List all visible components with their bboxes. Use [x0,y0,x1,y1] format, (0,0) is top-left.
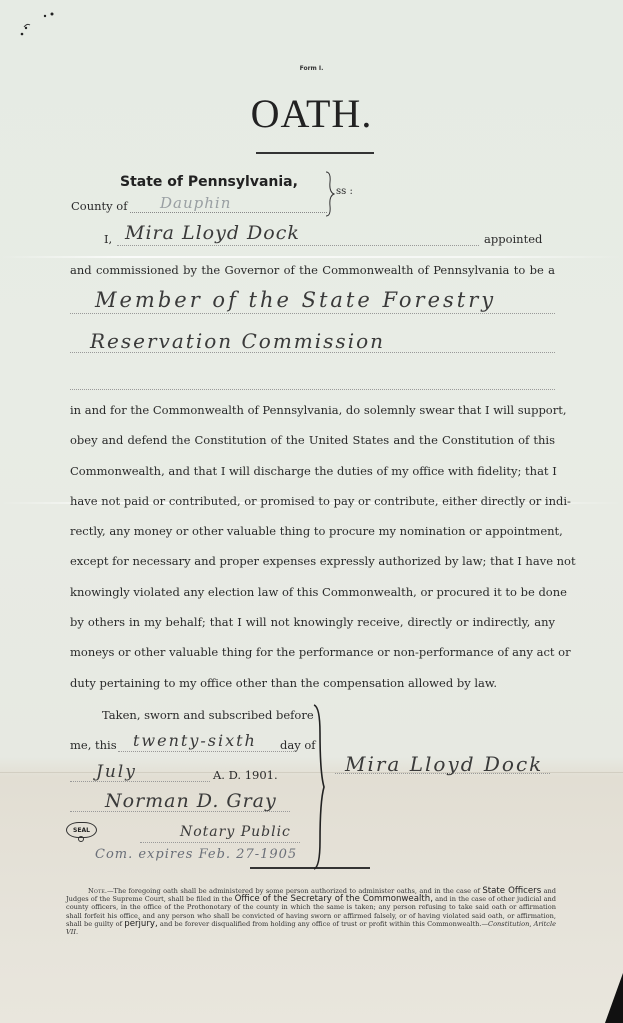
oath-line: have not paid or contributed, or promise… [70,486,555,516]
jurat-taken-text: Taken, sworn and subscribed before [102,708,314,722]
county-field[interactable]: Dauphin [160,194,231,212]
oath-line: knowingly violated any election law of t… [70,577,555,607]
ss-brace-icon [325,170,335,218]
note-emphasis: perjury, [124,919,157,929]
oath-line: duty pertaining to my office other than … [70,668,555,698]
month-field-line [70,781,210,782]
office-field-line-3 [70,389,555,390]
office-field-2[interactable]: Reservation Commission [90,329,385,353]
note-lead: Note. [88,887,107,895]
day-of-label: day of [280,738,316,752]
oath-line: except for necessary and proper expenses… [70,546,555,576]
oath-line: in and for the Commonwealth of Pennsylva… [70,395,555,425]
paper-specks-decoration [18,6,63,40]
county-field-line [130,212,327,213]
note-text: and be forever disqualified from holding… [158,920,488,928]
office-field-1[interactable]: Member of the State Forestry [95,288,496,312]
affiant-signature[interactable]: Mira Lloyd Dock [345,752,543,776]
day-field-line [118,751,296,752]
commission-underline [250,867,370,869]
oath-body: in and for the Commonwealth of Pennsylva… [70,395,555,698]
month-field[interactable]: July [96,762,137,782]
title-underline [256,152,374,154]
oath-line: moneys or other valuable thing for the p… [70,637,555,667]
oath-line: by others in my behalf; that I will not … [70,607,555,637]
day-field[interactable]: twenty-sixth [133,731,257,750]
appointed-label: appointed [484,232,542,246]
notary-signature[interactable]: Norman D. Gray [105,790,277,812]
legal-note: Note.—The foregoing oath shall be admini… [66,887,556,936]
commission-expiry-note[interactable]: Com. expires Feb. 27-1905 [95,847,297,862]
oath-line: obey and defend the Constitution of the … [70,425,555,455]
form-number: Form I. [0,65,623,72]
seal-label: SEAL [73,827,90,834]
name-field-line [117,245,479,246]
state-heading: State of Pennsylvania, [120,174,298,190]
i-label: I, [104,232,112,246]
jurat-brace-icon [312,703,326,871]
notary-title-line [140,842,300,843]
notary-title[interactable]: Notary Public [180,824,291,840]
county-label: County of [71,199,128,213]
me-this-label: me, this [70,738,117,752]
commissioned-text: and commissioned by the Governor of the … [70,263,555,277]
office-field-line-1 [70,313,555,314]
ad-year-label: A. D. 1901. [213,768,278,782]
ss-label: ss : [336,186,353,197]
seal-tail-decoration [78,836,84,842]
name-field[interactable]: Mira Lloyd Dock [125,222,300,244]
paper-fold-line [0,256,623,258]
folded-corner-shadow [603,973,623,1023]
oath-line: Commonwealth, and that I will discharge … [70,456,555,486]
oath-line: rectly, any money or other valuable thin… [70,516,555,546]
page-title: OATH. [0,90,623,137]
